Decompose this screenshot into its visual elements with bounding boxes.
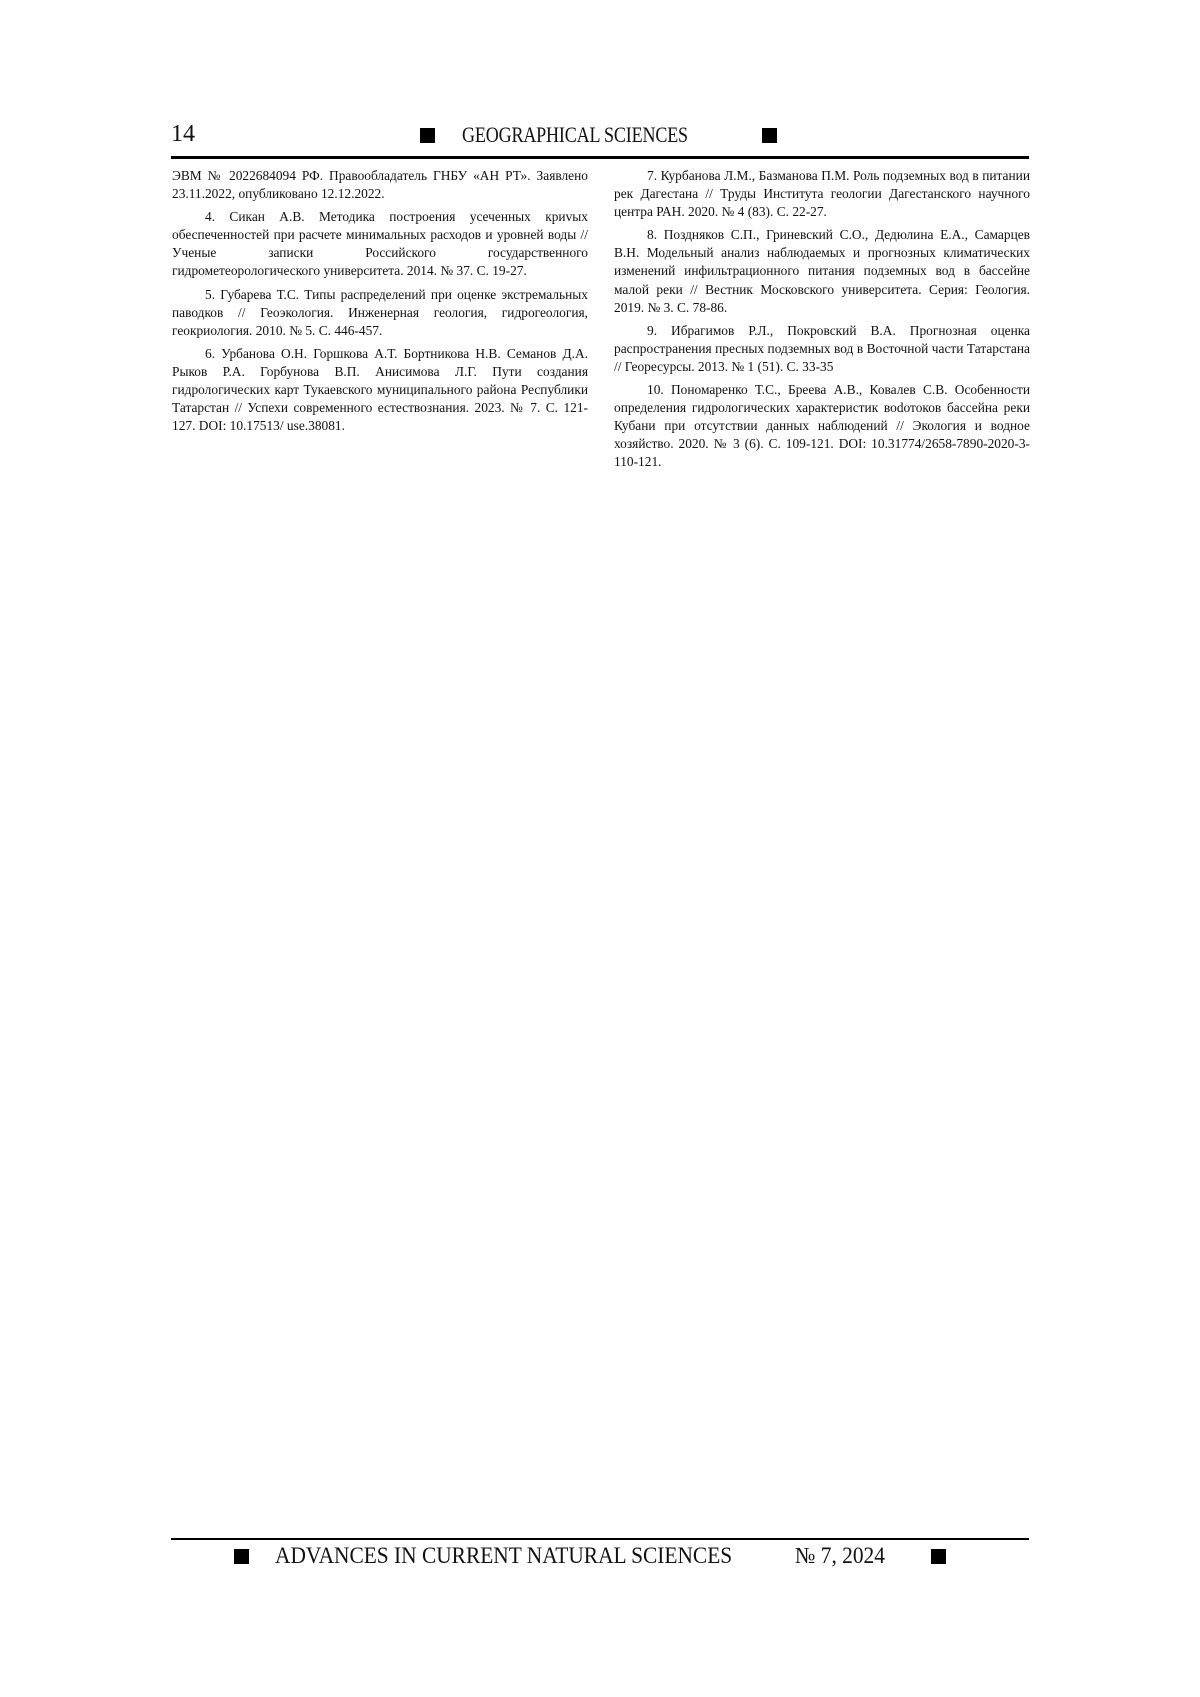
reference-item: 7. Курбанова Л.М., Базманова П.М. Роль п… <box>614 167 1030 221</box>
header-rule <box>171 156 1029 159</box>
reference-continuation: ЭВМ № 2022684094 РФ. Правообладатель ГНБ… <box>172 167 588 203</box>
references-right-column: 7. Курбанова Л.М., Базманова П.М. Роль п… <box>614 167 1030 477</box>
running-head: GEOGRAPHICAL SCIENCES <box>420 121 777 149</box>
reference-item: 4. Сикан А.В. Методика построения усечен… <box>172 208 588 280</box>
black-square-icon <box>762 128 777 143</box>
footer-rule <box>171 1538 1029 1540</box>
black-square-icon <box>234 1549 249 1564</box>
references-left-column: ЭВМ № 2022684094 РФ. Правообладатель ГНБ… <box>172 167 588 440</box>
reference-item: 6. Урбанова О.Н. Горшкова А.Т. Бортников… <box>172 345 588 435</box>
reference-item: 9. Ибрагимов Р.Л., Покровский В.А. Прогн… <box>614 322 1030 376</box>
black-square-icon <box>931 1549 946 1564</box>
black-square-icon <box>420 128 435 143</box>
running-foot: ADVANCES IN CURRENT NATURAL SCIENCES № 7… <box>234 1543 974 1569</box>
reference-item: 5. Губарева Т.С. Типы распределений при … <box>172 286 588 340</box>
issue-number: № 7, 2024 <box>795 1543 899 1569</box>
reference-item: 8. Поздняков С.П., Гриневский С.О., Дедю… <box>614 226 1030 316</box>
page-number: 14 <box>171 120 195 148</box>
section-title: GEOGRAPHICAL SCIENCES <box>462 122 733 148</box>
reference-item: 10. Пономаренко Т.С., Бреева А.В., Ковал… <box>614 381 1030 471</box>
journal-title: ADVANCES IN CURRENT NATURAL SCIENCES <box>275 1543 759 1569</box>
